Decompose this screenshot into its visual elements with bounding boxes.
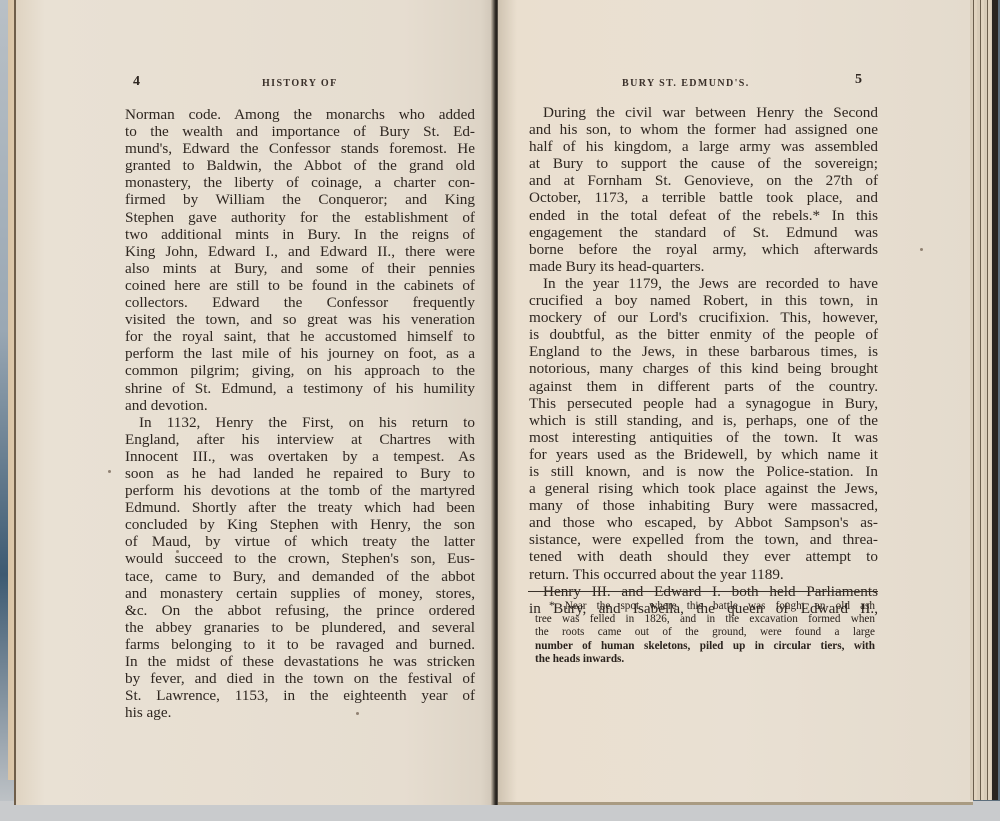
text-line: In 1132, Henry the First, on his return …	[125, 414, 475, 431]
text-line: tace, came to Bury, and demanded of the …	[125, 568, 475, 585]
text-line: is still known, and is now the Police-st…	[529, 463, 878, 480]
text-line: two additional mints in Bury. In the rei…	[125, 226, 475, 243]
text-line: also mints at Bury, and some of their pe…	[125, 260, 475, 277]
text-line: and monastery certain supplies of money,…	[125, 585, 475, 602]
text-line: of Maud, by virtue of which treaty the l…	[125, 533, 475, 550]
text-line: made Bury its head-quarters.	[529, 258, 878, 275]
book-edge-right-pages	[970, 0, 998, 800]
text-line: Stephen gave authority for the establish…	[125, 209, 475, 226]
text-line: collectors. Edward the Confessor frequen…	[125, 294, 475, 311]
text-line: farms belonging to it to be ravaged and …	[125, 636, 475, 653]
text-line: shrine of St. Edmund, a testimony of his…	[125, 380, 475, 397]
text-line: granted to Baldwin, the Abbot of the gra…	[125, 157, 475, 174]
text-line: ended in the total defeat of the rebels.…	[529, 207, 878, 224]
text-line: the abbey granaries to be plundered, and…	[125, 619, 475, 636]
text-line: would succeed to the crown, Stephen's so…	[125, 550, 475, 567]
text-line: soon as he had landed he repaired to Bur…	[125, 465, 475, 482]
text-line: common pilgrim; giving, on his approach …	[125, 362, 475, 379]
text-line: most interesting antiquities of the town…	[529, 429, 878, 446]
text-line: borne before the royal army, which after…	[529, 241, 878, 258]
text-line: In the year 1179, the Jews are recorded …	[529, 275, 878, 292]
text-line: by fever, and died in the town on the fe…	[125, 670, 475, 687]
text-line: England to the Jews, in these barbarous …	[529, 343, 878, 360]
text-line: a general rising which took place agains…	[529, 480, 878, 497]
text-line: &c. On the abbot refusing, the prince or…	[125, 602, 475, 619]
text-line: and his son, to whom the former had assi…	[529, 121, 878, 138]
page-number-right: 5	[855, 72, 862, 88]
text-line: firmed by William the Conqueror; and Kin…	[125, 191, 475, 208]
text-line: concluded by King Stephen with Henry, th…	[125, 516, 475, 533]
footnote-line: the heads inwards.	[535, 653, 875, 666]
text-line: King John, Edward I., and Edward II., th…	[125, 243, 475, 260]
text-line: visited the town, and so great was his v…	[125, 311, 475, 328]
footnote-line: tree was felled in 1826, and in the exca…	[535, 613, 875, 626]
text-line: for years used as the Bridewell, by whic…	[529, 446, 878, 463]
running-head-left: HISTORY OF	[262, 78, 338, 89]
paper-speck	[920, 248, 923, 251]
footnote-line: the roots came out of the ground, were f…	[535, 626, 875, 639]
text-line: and at Fornham St. Genovieve, on the 27t…	[529, 172, 878, 189]
running-head-right: BURY ST. EDMUND'S.	[622, 78, 750, 89]
text-line: Edmund. Shortly after the treaty which h…	[125, 499, 475, 516]
text-line: to the wealth and importance of Bury St.…	[125, 123, 475, 140]
text-line: is doubtful, as the bitter enmity of the…	[529, 326, 878, 343]
text-line: and devotion.	[125, 397, 475, 414]
text-line: coined here are still to be found in the…	[125, 277, 475, 294]
text-line: monastery, the liberty of coinage, a cha…	[125, 174, 475, 191]
text-line: for the royal saint, that he accustomed …	[125, 328, 475, 345]
text-line: his age.	[125, 704, 475, 721]
text-line: Innocent III., was overtaken by a tempes…	[125, 448, 475, 465]
text-line: October, 1173, a terrible battle took pl…	[529, 189, 878, 206]
text-line: which is still standing, and is, perhaps…	[529, 412, 878, 429]
text-line: perform his devotions at the tomb of the…	[125, 482, 475, 499]
text-line: notorious, many charges of this kind bei…	[529, 360, 878, 377]
text-line: St. Lawrence, 1153, in the eighteenth ye…	[125, 687, 475, 704]
text-line: crucified a boy named Robert, in this to…	[529, 292, 878, 309]
text-line: engagement the standard of St. Edmund wa…	[529, 224, 878, 241]
page-number-left: 4	[133, 74, 140, 90]
left-page-body: Norman code. Among the monarchs who adde…	[125, 106, 475, 721]
text-line: return. This occurred about the year 118…	[529, 566, 878, 583]
text-line: at Bury to support the cause of the sove…	[529, 155, 878, 172]
footnote: * Near the spot where this battle was fo…	[535, 600, 875, 666]
text-line: This persecuted people had a synagogue i…	[529, 395, 878, 412]
text-line: perform the last mile of his journey on …	[125, 345, 475, 362]
text-line: mund's, Edward the Confessor stands fore…	[125, 140, 475, 157]
text-line: half of his kingdom, a large army was as…	[529, 138, 878, 155]
paper-speck	[108, 470, 111, 473]
text-line: Norman code. Among the monarchs who adde…	[125, 106, 475, 123]
footnote-line: * Near the spot where this battle was fo…	[535, 600, 875, 613]
text-line: tened with death should they ever attemp…	[529, 548, 878, 565]
footnote-line: number of human skeletons, piled up in c…	[535, 640, 875, 653]
text-line: England, after his interview at Chartres…	[125, 431, 475, 448]
text-line: sistance, were expelled from the town, a…	[529, 531, 878, 548]
text-line: mockery of our Lord's crucifixion. This,…	[529, 309, 878, 326]
text-line: and those who escaped, by Abbot Sampson'…	[529, 514, 878, 531]
right-page-body: During the civil war between Henry the S…	[529, 104, 878, 617]
text-line: against them in different parts of the c…	[529, 378, 878, 395]
text-line: In the midst of these devastations he wa…	[125, 653, 475, 670]
text-line: During the civil war between Henry the S…	[529, 104, 878, 121]
footnote-divider	[528, 591, 878, 592]
text-line: many of those inhabiting Bury were massa…	[529, 497, 878, 514]
